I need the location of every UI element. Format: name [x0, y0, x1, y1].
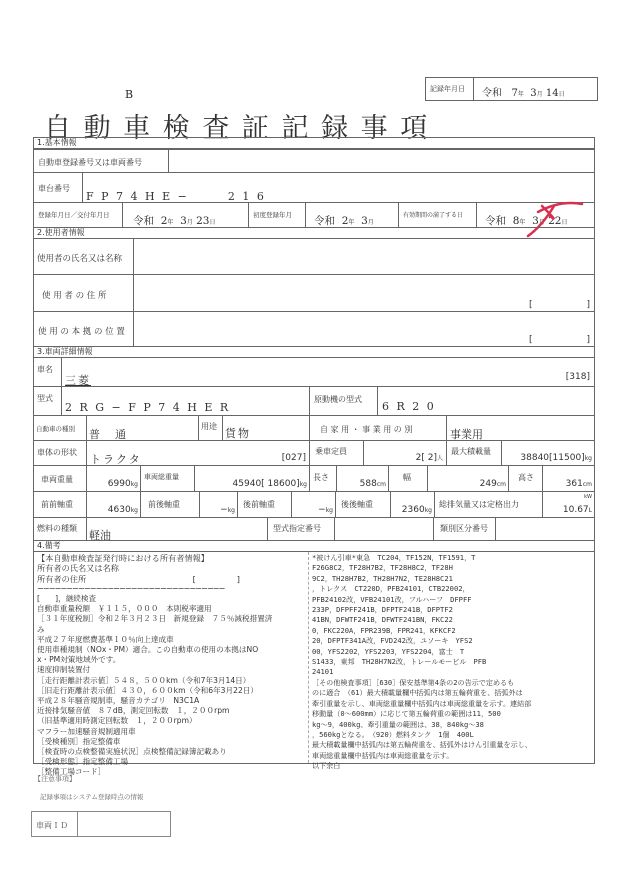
- remarks-separator: −−−−−−−−−−−−−−−−−−−−−−−−−−−−−−−−: [37, 583, 225, 593]
- vehicle-type-label-cell: 自動車の種別: [33, 415, 87, 441]
- max-load-label-cell: 最大積載量: [446, 440, 502, 466]
- rf-axle-label-cell: 後前軸重: [237, 491, 292, 518]
- reg-date-field: 令和 2年 3月 23日: [122, 202, 249, 228]
- model-field: 2 R G − F P 7 4 H E R: [61, 386, 310, 416]
- ff-axle-label-cell: 前前軸重: [33, 491, 87, 518]
- user-name-label-cell: 使用者の氏名又は名称: [33, 238, 134, 275]
- reg-date-label-cell: 登録年月日／交付年月日: [33, 202, 123, 228]
- expiry-label-cell: 有効期間の満了する日: [398, 202, 477, 228]
- chassis-number-field: F P 7 4 H E − 2 1 6: [82, 172, 595, 203]
- reg-number-label-cell: 自動車登録番号又は車両番号: [33, 149, 169, 173]
- first-reg-label-cell: 初度登録年月: [248, 202, 306, 228]
- usage-label-cell: 用途: [198, 415, 223, 441]
- displacement-field: kW 10.67L: [542, 491, 595, 518]
- record-date-value: 令和 7年 3月 14日: [482, 84, 565, 99]
- engine-model-label-cell: 原動機の型式: [309, 386, 378, 416]
- user-name-field: [133, 238, 595, 275]
- vehicle-weight-field: 6990kg: [86, 465, 141, 492]
- section1-heading: 1.基本情報: [33, 137, 595, 149]
- variant-letter: B: [125, 88, 133, 101]
- capacity-field: 2[ 2]人: [363, 440, 447, 466]
- vehicle-id-label-cell: 車両ＩＤ: [31, 811, 78, 837]
- usage-field: 貨物: [222, 415, 310, 441]
- type-designation-field: [334, 517, 434, 541]
- fr-axle-label-cell: 前後軸重: [140, 491, 200, 518]
- user-address-field: [ ]: [133, 274, 595, 312]
- car-name-field: 三菱 [318]: [61, 357, 595, 387]
- height-field: 361cm: [542, 465, 595, 492]
- base-location-label-cell: 使 用 の 本 拠 の 位 置: [33, 311, 134, 347]
- base-location-field: [ ]: [133, 311, 595, 347]
- notice-heading: 【注意事項】: [34, 774, 76, 784]
- private-business-field: 事業用: [446, 415, 595, 441]
- rr-axle-label-cell: 後後軸重: [335, 491, 391, 518]
- width-label-cell: 幅: [388, 465, 428, 492]
- remarks-right-body: *被けん引車*東急 TC204，TF152N，TF1591，T F26G8C2，…: [312, 553, 532, 772]
- gross-weight-field: 45940[ 18600]kg: [194, 465, 310, 492]
- gross-weight-label-cell: 車両総重量: [140, 465, 195, 492]
- length-label-cell: 長さ: [309, 465, 337, 492]
- vehicle-id-field: [77, 811, 171, 837]
- fuel-field: 軽油: [86, 517, 268, 541]
- model-label-cell: 型式: [33, 386, 62, 416]
- private-business-label-cell: 自 家 用 ・ 事 業 用 の 別: [309, 415, 447, 441]
- notice-text: 記録事項はシステム登録時点の情報: [40, 792, 143, 801]
- body-shape-field: トラクタ [027]: [86, 440, 310, 466]
- rf-axle-field: −kg: [291, 491, 336, 518]
- vehicle-weight-label-cell: 車両重量: [33, 465, 87, 492]
- capacity-label-cell: 乗車定員: [309, 440, 364, 466]
- body-shape-label-cell: 車体の形状: [33, 440, 87, 466]
- fuel-label-cell: 燃料の種類: [33, 517, 87, 541]
- width-field: 249cm: [427, 465, 509, 492]
- category-field: [495, 517, 595, 541]
- record-date-label: 記録年月日: [428, 78, 474, 100]
- user-address-label-cell: 使 用 者 の 住 所: [33, 274, 134, 312]
- length-field: 588cm: [336, 465, 389, 492]
- max-load-field: 38840[11500]kg: [501, 440, 595, 466]
- remarks-divider: [308, 552, 309, 763]
- record-date-box: 記録年月日 令和 7年 3月 14日: [425, 77, 598, 101]
- type-designation-label-cell: 型式指定番号: [267, 517, 335, 541]
- car-name-label-cell: 車名: [33, 357, 62, 387]
- engine-model-field: 6 R 2 0: [377, 386, 595, 416]
- chassis-label-cell: 車台番号: [33, 172, 83, 203]
- vehicle-type-field: 普 通: [86, 415, 199, 441]
- remarks-box: 【本自動車検査証発行時における所有者情報】 所有者の氏名又は名称 所有者の住所 …: [33, 551, 595, 764]
- remarks-left-body: [ ]，継続検査 自動車重量税額 ￥１１５，０００ 本則税率適用 ［３１年度税制…: [37, 594, 272, 778]
- fr-axle-field: −kg: [199, 491, 238, 518]
- displacement-label-cell: 総排気量又は定格出力: [434, 491, 543, 518]
- first-reg-field: 令和 2年 3月: [305, 202, 399, 228]
- category-label-cell: 類別区分番号: [433, 517, 496, 541]
- ff-axle-field: 4630kg: [86, 491, 141, 518]
- reg-number-field: [168, 149, 595, 173]
- remarks-owner-info: 【本自動車検査証発行時における所有者情報】 所有者の氏名又は名称 所有者の住所 …: [37, 553, 240, 584]
- height-label-cell: 高さ: [508, 465, 543, 492]
- rr-axle-field: 2360kg: [390, 491, 435, 518]
